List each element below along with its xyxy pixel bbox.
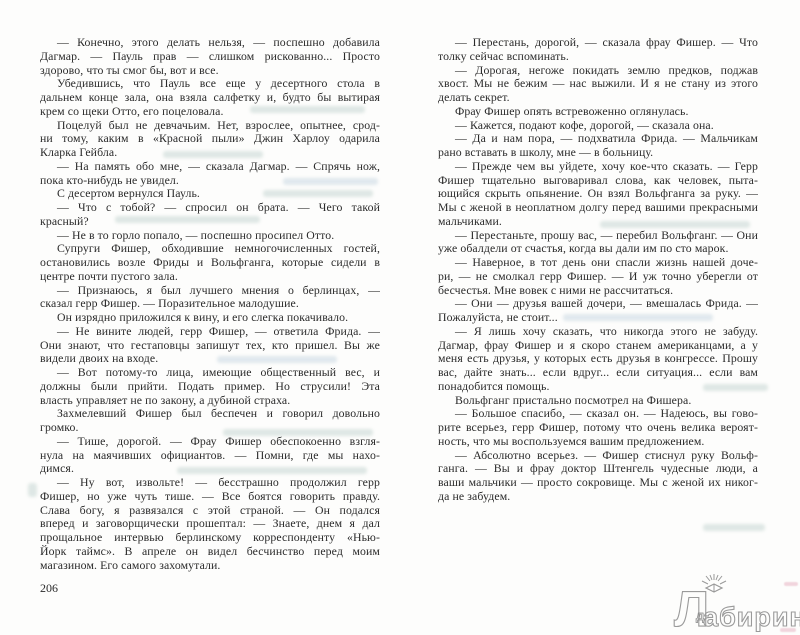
text-line: — Не в то горло попало, — поспешно проси… (40, 229, 380, 243)
text-line: — Дорогая, негоже покидать землю предков… (438, 64, 758, 78)
watermark-small-letter: д (696, 608, 704, 623)
bleed-through-mark (283, 178, 378, 185)
text-line: — Кажется, подают кофе, дорогой, — сказа… (438, 119, 758, 133)
text-line: Фрау Фишер опять встревоженно оглянулась… (438, 105, 758, 119)
bleed-through-mark (223, 429, 373, 436)
left-page-text: — Конечно, этого делать нельзя, — поспеш… (40, 36, 380, 572)
text-line: рано вставать в школу, мне — в больницу. (438, 146, 758, 160)
text-line: — Перестань, дорогой, — сказала фрау Фиш… (438, 36, 758, 50)
text-line: Фишер тщательно выговаривал слова, как ч… (438, 174, 758, 188)
text-line: — Перестаньте, прошу вас, — перебил Воль… (438, 229, 758, 243)
text-line: — Я лишь хочу сказать, что никогда этого… (438, 325, 758, 339)
text-line: — Что с тобой? — спросил он брата. — Чег… (40, 201, 380, 215)
text-line: рите всерьез, герр Фишер, потому что оче… (438, 421, 758, 435)
bleed-through-mark (563, 314, 713, 321)
text-line: делать секрет. (438, 91, 758, 105)
text-line: Слава богу, я развязался с этой страной.… (40, 504, 380, 518)
text-line: должны были прийти. Подать пример. Но ст… (40, 380, 380, 394)
text-line: — Ну вот, извольте! — бесстрашно продолж… (40, 476, 380, 490)
text-line: Захмелевший Фишер был беспечен и говорил… (40, 407, 380, 421)
bleed-through-mark (703, 384, 768, 391)
text-line: остановились возле Фриды и Вольфганга, к… (40, 256, 380, 270)
text-line: — Вот потому-то лица, имеющие общественн… (40, 366, 380, 380)
text-line: ность, что мы воспользуемся вашим предло… (438, 435, 758, 449)
text-line: меня есть друзья, у которых есть друзья … (438, 352, 758, 366)
text-line: прощальное интервью берлинскому корреспо… (40, 531, 380, 545)
text-line: Они знают, что гестаповцы запишут тех, к… (40, 339, 380, 353)
open-book-with-rays-icon (698, 572, 732, 603)
text-line: Убедившись, что Пауль все еще у десертно… (40, 77, 380, 91)
page-number: 206 (40, 581, 58, 596)
text-line: ющийся скрыть опьянение. Он взял Вольфга… (438, 187, 758, 201)
text-line: — Большое спасибо, — сказал он. — Надеюс… (438, 407, 758, 421)
bleed-through-mark (600, 221, 750, 228)
text-line: Супруги Фишер, обходившие немногочисленн… (40, 242, 380, 256)
text-line: — Признаюсь, я был лучшего мнения о берл… (40, 284, 380, 298)
text-line: Дагмар. — Пауль прав — слишком рискованн… (40, 50, 380, 64)
text-line: — Наверное, в тот день они спасли жизнь … (438, 256, 758, 270)
text-line: здорово, что ты смог бы, вот и все. (40, 64, 380, 78)
text-line: вперед и заговорщически прошептал: — Зна… (40, 517, 380, 531)
text-line: бесчестья. Мне вовек с ними не рассчитат… (438, 284, 758, 298)
watermark-brand-text: абиринт (703, 604, 800, 631)
text-line: хвост. Мы не бежим — нас выжили. И я не … (438, 77, 758, 91)
text-line: Вольфганг пристально посмотрел на Фишера… (438, 394, 758, 408)
text-line: нула на маячивших официантов. — Помни, г… (40, 449, 380, 463)
text-line: — Тише, дорогой. — Фрау Фишер обеспокоен… (40, 435, 380, 449)
bleed-through-mark (177, 467, 367, 474)
text-line: — Абсолютно всерьез. — Фишер стиснул рук… (438, 449, 758, 463)
text-line: ганга. — Вы и фрау доктор Штенгель чудес… (438, 462, 758, 476)
bleed-through-mark (28, 483, 37, 497)
labirint-watermark-logo: Л абиринт д (674, 578, 800, 632)
text-line: да не забудем. (438, 490, 758, 504)
bleed-through-mark (703, 524, 765, 531)
text-line: — На память обо мне, — сказала Дагмар. —… (40, 160, 380, 174)
text-line: ри, — не смолкал герр Фишер. — И уж точн… (438, 270, 758, 284)
text-line: Йорк таймс». В апреле он видел бесчинств… (40, 545, 380, 559)
text-line: сказал герр Фишер. — Поразительное малод… (40, 297, 380, 311)
bleed-through-mark (263, 190, 373, 197)
text-line: центре почти пустого зала. (40, 270, 380, 284)
text-line: — Конечно, этого делать нельзя, — поспеш… (40, 36, 380, 50)
text-line: Мы с женой в неоплатном долгу перед ваши… (438, 201, 758, 215)
text-line: уже обалдели от счастья, когда вы дали и… (438, 242, 758, 256)
corner-mark (780, 628, 796, 632)
text-line: — Прежде чем вы уйдете, хочу кое-что ска… (438, 160, 758, 174)
text-line: Поцелуй был не девчачьим. Нет, взрослее,… (40, 119, 380, 133)
text-line: власть управляет не по закону, а дубиной… (40, 394, 380, 408)
text-line: — Не вините людей, герр Фишер, — ответил… (40, 325, 380, 339)
text-line: магазином. Его самого захомутали. (40, 559, 380, 573)
corner-mark (784, 582, 798, 586)
text-line: — Да и нам пора, — подхватила Фрида. — М… (438, 132, 758, 146)
text-line: дальнем конце зала, она взяла салфетку и… (40, 91, 380, 105)
text-line: ваши мальчики — просто сокровище. Мы с ж… (438, 476, 758, 490)
text-line: — Они — друзья вашей дочери, — вмешалась… (438, 297, 758, 311)
text-line: Он изрядно приложился к вину, и его слег… (40, 311, 380, 325)
text-line: вас, дайте знать... если вдруг... если с… (438, 366, 758, 380)
text-line: ни тому, каким в «Красной пыли» Джин Хар… (40, 132, 380, 146)
book-spread: — Конечно, этого делать нельзя, — поспеш… (0, 0, 800, 635)
text-line: Фишер, но уже чуть тише. — Все боятся го… (40, 490, 380, 504)
bleed-through-mark (217, 356, 337, 363)
right-page-text: — Перестань, дорогой, — сказала фрау Фиш… (438, 36, 758, 504)
bleed-through-mark (115, 216, 260, 223)
bleed-through-mark (163, 151, 263, 158)
bleed-through-mark (250, 106, 365, 113)
text-line: Дагмар, фрау Фишер и я скоро станем амер… (438, 339, 758, 353)
text-line: толку сейчас вспоминать. (438, 50, 758, 64)
